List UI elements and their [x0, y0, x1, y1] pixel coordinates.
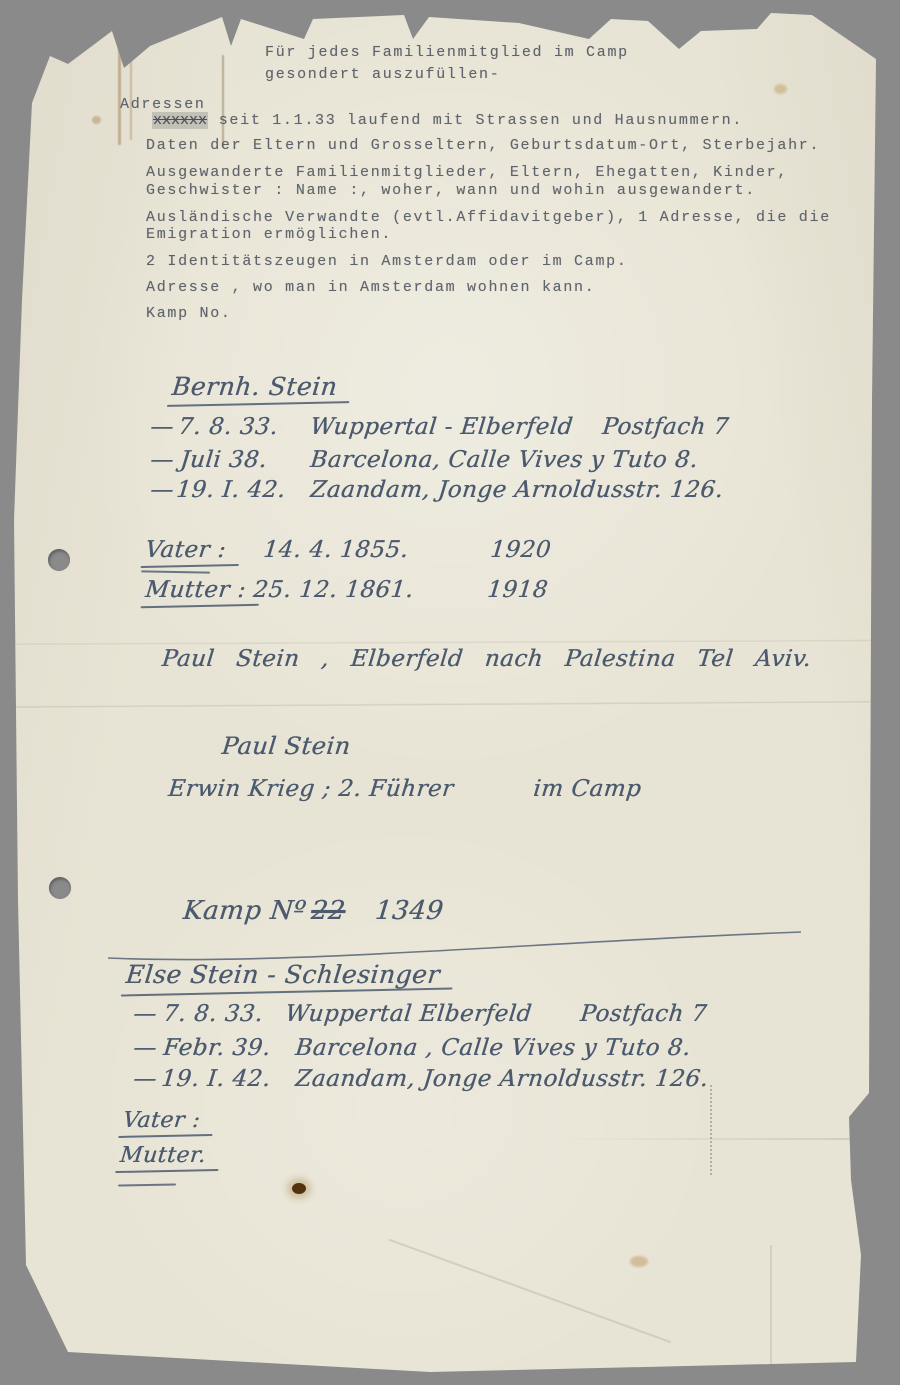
seit-line: xxxxxx seit 1.1.33 laufend mit Strassen …	[152, 112, 743, 130]
vater-birthdate: 14. 4. 1855.	[262, 537, 410, 563]
stain-yellow-topright	[774, 84, 787, 94]
row-date: 7. 8. 33.	[177, 414, 279, 440]
stain-yellow-bottom	[630, 1256, 648, 1267]
dash-mark: —	[132, 1035, 158, 1061]
row-date: Juli 38.	[179, 447, 268, 473]
vater-label: Vater :	[144, 537, 227, 563]
dash-mark: —	[132, 1001, 158, 1027]
row-place: Zaandam, Jonge Arnoldusstr. 126.	[309, 477, 725, 503]
typed-line-adresse-amsterdam: Adresse , wo man in Amsterdam wohnen kan…	[146, 279, 595, 297]
document-page: Für jedes Familienmitglied im Camp geson…	[0, 0, 900, 1385]
fold-crease-vertical	[770, 1245, 772, 1380]
stain-small-left	[92, 116, 101, 124]
typed-line-auslaendische: Ausländische Verwandte (evtl.Affidavitge…	[146, 209, 831, 227]
dash-mark: —	[149, 414, 175, 440]
seit-text: seit 1.1.33 laufend mit Strassen und Hau…	[219, 112, 743, 129]
punch-hole-top	[48, 549, 70, 571]
person1-name: Bernh. Stein	[170, 372, 338, 401]
form-header-line2: gesondert auszufüllen-	[265, 66, 500, 84]
row-date: 19. I. 42.	[175, 477, 287, 503]
mutter-label: Mutter.	[119, 1143, 208, 1168]
form-header-line1: Für jedes Familienmitglied im Camp	[265, 44, 629, 62]
person2-address-row-3: — 19. I. 42. Zaandam, Jonge Arnoldusstr.…	[131, 1066, 875, 1100]
row-date: 7. 8. 33.	[162, 1001, 264, 1027]
typed-line-identitaetszeugen: 2 Identitätszeugen in Amsterdam oder im …	[146, 253, 628, 271]
mutter-birthdate: 25. 12. 1861.	[252, 577, 415, 603]
person2-address-row-1: — 7. 8. 33. Wuppertal Elberfeld Postfach…	[131, 1001, 875, 1035]
dash-mark: —	[132, 1066, 158, 1092]
underline-stroke	[118, 1183, 176, 1186]
row-date: Febr. 39.	[162, 1035, 272, 1061]
fold-crease-right	[560, 1138, 860, 1140]
note-paul-stein-palestina: Paul Stein , Elberfeld nach Palestina Te…	[161, 646, 813, 672]
typed-line-daten: Daten der Eltern und Grosseltern, Geburt…	[146, 137, 820, 155]
vater-label: Vater :	[122, 1108, 202, 1133]
scan-background: Für jedes Familienmitglied im Camp geson…	[0, 0, 900, 1385]
fold-crease-upper	[0, 639, 900, 646]
person1-address-row-1: — 7. 8. 33. Wuppertal - Elberfeld Postfa…	[148, 414, 892, 448]
person1-address-row-2: — Juli 38. Barcelona, Calle Vives y Tuto…	[148, 447, 892, 481]
stain-streak-left-1	[118, 45, 121, 145]
person1-name-text: Bernh. Stein	[170, 372, 338, 401]
note-paul-stein: Paul Stein	[221, 732, 353, 760]
dash-mark: —	[149, 447, 175, 473]
person1-address-row-3: — 19. I. 42. Zaandam, Jonge Arnoldusstr.…	[148, 477, 892, 511]
typed-line-emigration: Emigration ermöglichen.	[146, 226, 392, 244]
row-extra: Postfach 7	[579, 1001, 708, 1027]
typed-line-kamp-no: Kamp No.	[146, 305, 232, 323]
row-place: Zaandam, Jonge Arnoldusstr. 126.	[294, 1066, 710, 1092]
struck-word: xxxxxx	[152, 112, 208, 129]
person2-name-text: Else Stein - Schlesinger	[124, 960, 441, 989]
person2-vater-row: Vater :	[122, 1108, 202, 1133]
note-erwin-krieg: Erwin Krieg ; 2. Führer im Camp	[166, 776, 900, 810]
vater-deathyear: 1920	[489, 537, 552, 563]
mutter-label: Mutter :	[144, 577, 247, 603]
punch-hole-bottom	[49, 877, 71, 899]
note-erwin-krieg-text: Erwin Krieg ; 2. Führer	[167, 776, 455, 802]
person2-mutter-row: Mutter.	[119, 1143, 208, 1168]
typed-line-geschwister: Geschwister : Name :, woher, wann und wo…	[146, 182, 756, 200]
row-place: Wuppertal Elberfeld	[284, 1001, 533, 1027]
row-date: 19. I. 42.	[160, 1066, 272, 1092]
row-place: Barcelona , Calle Vives y Tuto 8.	[294, 1035, 692, 1061]
mutter-deathyear: 1918	[486, 577, 549, 603]
row-extra: Postfach 7	[601, 414, 730, 440]
fold-crease-diagonal	[389, 1239, 672, 1343]
stain-streak-top	[222, 55, 224, 147]
person1-vater-row: Vater : 14. 4. 1855. 1920	[143, 537, 887, 571]
person1-mutter-row: Mutter : 25. 12. 1861. 1918	[143, 577, 887, 611]
dash-mark: —	[149, 477, 175, 503]
typed-line-ausgewanderte: Ausgewanderte Familienmitglieder, Eltern…	[146, 164, 788, 182]
person2-name: Else Stein - Schlesinger	[124, 960, 441, 989]
stain-dark-center	[292, 1183, 306, 1194]
fold-crease-middle	[0, 700, 900, 708]
note-im-camp-text: im Camp	[532, 776, 643, 802]
row-place: Wuppertal - Elberfeld	[309, 414, 574, 440]
person2-address-row-2: — Febr. 39. Barcelona , Calle Vives y Tu…	[131, 1035, 875, 1069]
row-place: Barcelona, Calle Vives y Tuto 8.	[309, 447, 699, 473]
